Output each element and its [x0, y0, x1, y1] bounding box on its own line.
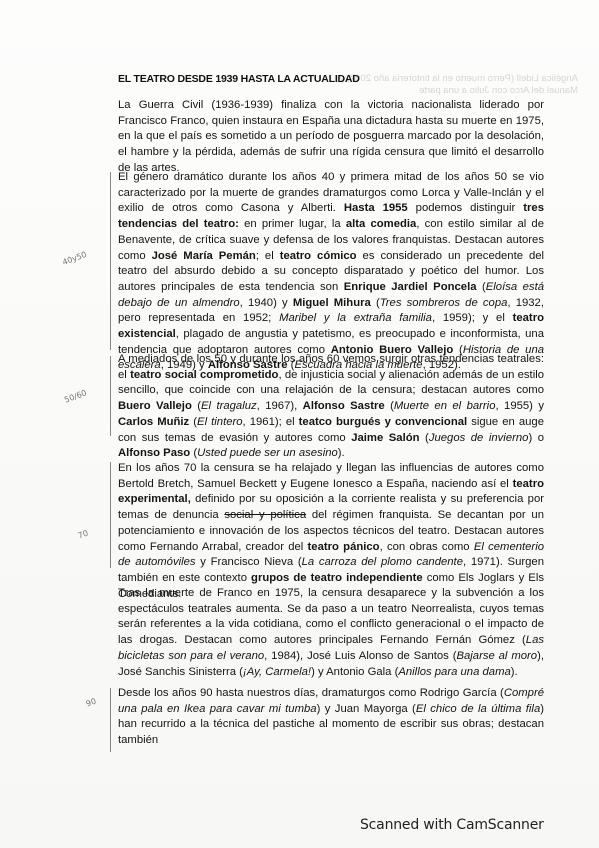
- scanned-page: Angélica Lidell (Perro muerto en la tint…: [0, 0, 599, 848]
- paragraph-90s: Desde los años 90 hasta nuestros días, d…: [118, 686, 544, 749]
- margin-bracket: [110, 462, 113, 568]
- margin-note: 50/60: [63, 388, 88, 404]
- camscanner-watermark: Scanned with CamScanner: [360, 817, 544, 833]
- paragraph-civil-war: La Guerra Civil (1936-1939) finaliza con…: [118, 98, 544, 177]
- margin-bracket: [110, 688, 113, 752]
- margin-note: 40y50: [61, 250, 88, 267]
- margin-note: 90: [85, 697, 98, 709]
- bleed-through-text: Angélica Lidell (Perro muerto en la tint…: [338, 73, 578, 97]
- margin-bracket: [110, 172, 113, 350]
- margin-bracket: [110, 356, 113, 436]
- document-title: EL TEATRO DESDE 1939 HASTA LA ACTUALIDAD: [118, 73, 360, 85]
- paragraph-post-franco: Tras la muerte de Franco en 1975, la cen…: [118, 586, 544, 680]
- paragraph-40s-50s: El género dramático durante los años 40 …: [118, 170, 544, 374]
- paragraph-70s: En los años 70 la censura se ha relajado…: [118, 461, 544, 602]
- margin-note: 70: [77, 529, 90, 541]
- paragraph-50s-60s: A mediados de los 50 y durante los años …: [118, 352, 544, 462]
